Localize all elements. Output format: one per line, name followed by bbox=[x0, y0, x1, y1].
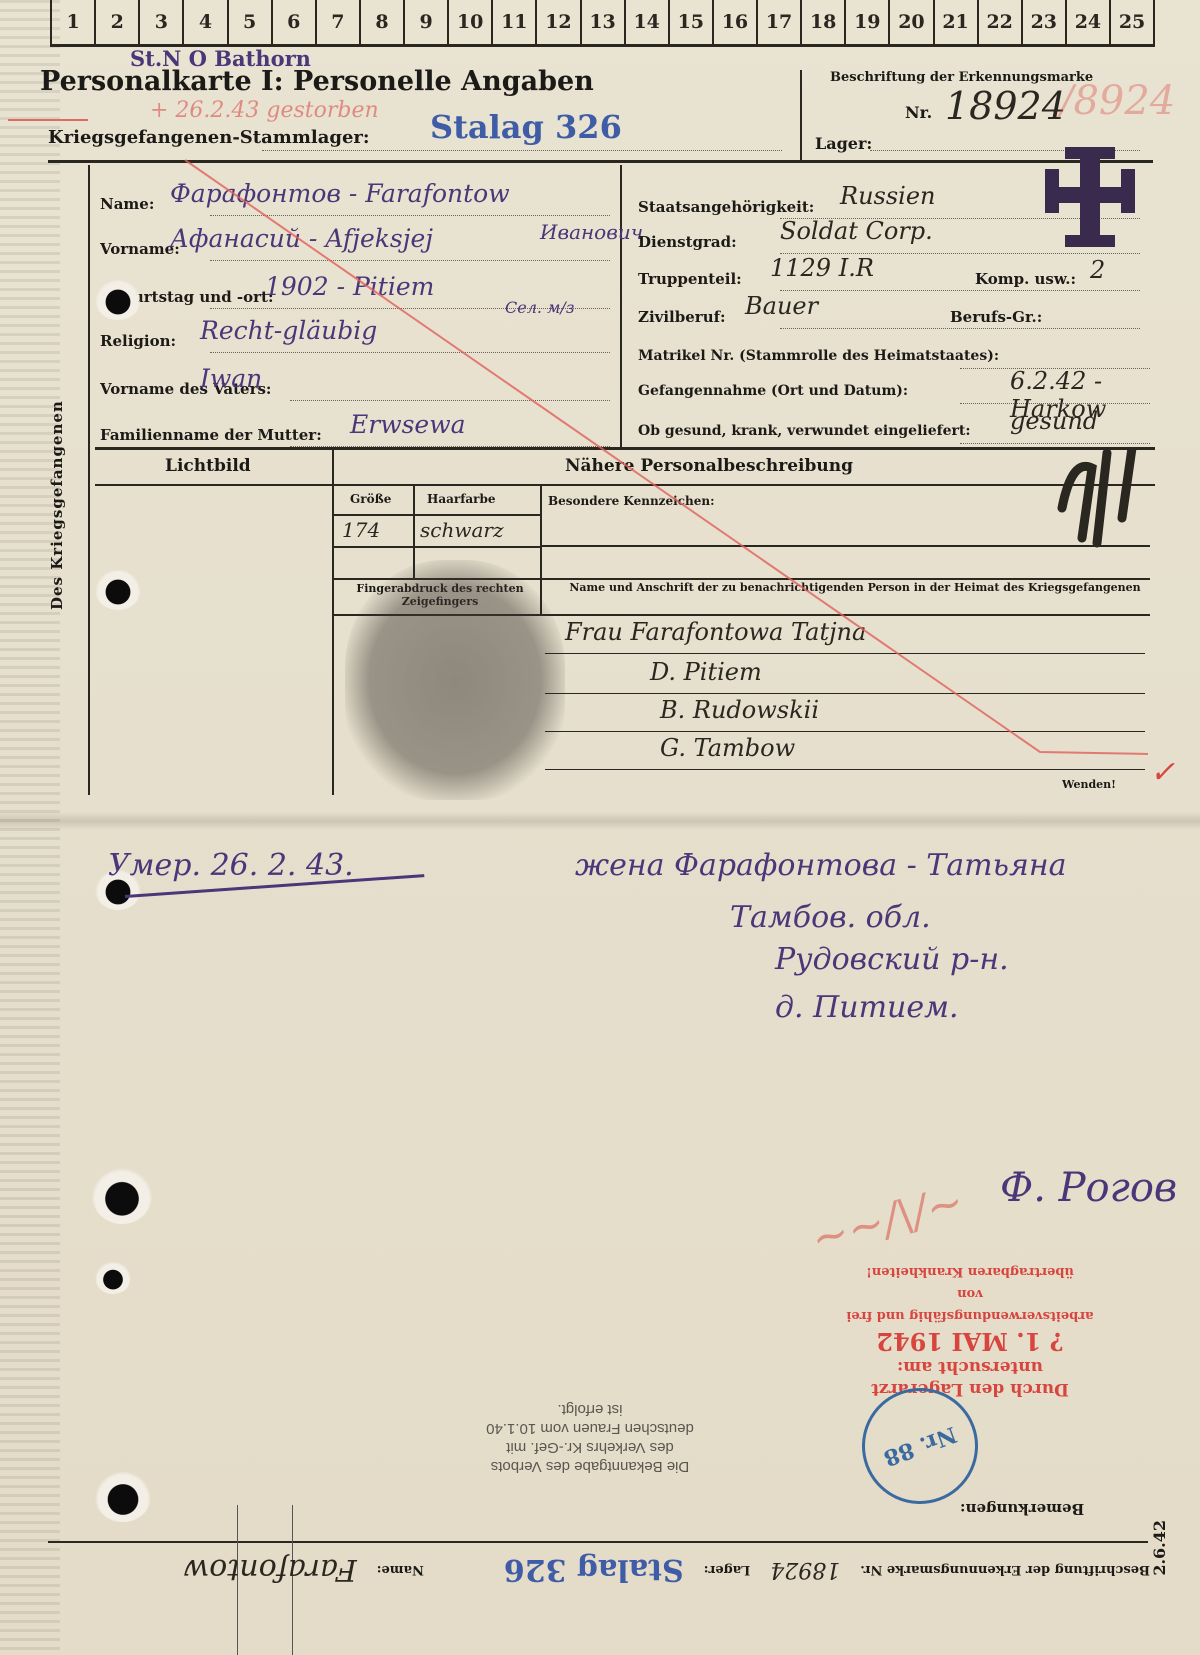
address-line: Тамбов. обл. bbox=[730, 900, 931, 935]
bottom-name-value: Farafontow bbox=[184, 1553, 357, 1588]
bottom-lager-label: Lager: bbox=[704, 1563, 751, 1578]
red-cancel-line bbox=[0, 0, 1200, 820]
red-doctor-stamp: Durch den Lagerarztuntersucht am:? 1. MA… bbox=[835, 1260, 1105, 1400]
death-note: Умер. 26. 2. 43. bbox=[108, 848, 354, 883]
red-stamp-line: ? 1. MAI 1942 bbox=[835, 1326, 1105, 1356]
notice-line: ist erfolgt. bbox=[440, 1400, 740, 1419]
blue-stamp-text: Nr. 88 bbox=[880, 1421, 960, 1471]
red-stamp-line: übertragbaren Krankheiten! bbox=[835, 1260, 1105, 1282]
bottom-name-label: Name: bbox=[377, 1563, 424, 1578]
punch-hole bbox=[95, 1262, 131, 1294]
address-line: Рудовский р-н. bbox=[775, 942, 1009, 977]
red-stamp-line: Durch den Lagerarzt bbox=[835, 1378, 1105, 1400]
bottom-lager-value: Stalag 326 bbox=[504, 1553, 684, 1588]
red-stamp-line: arbeitsverwendungsfähig und frei von bbox=[835, 1282, 1105, 1326]
bottom-tag-line: Beschriftung der Erkennungsmarke Nr. 189… bbox=[50, 1548, 1150, 1592]
notice-line: deutschen Frauen vom 10.1.40 bbox=[440, 1419, 740, 1438]
bottom-rule bbox=[48, 1541, 1148, 1543]
bottom-date-note: 2.6.42 bbox=[1150, 1520, 1169, 1576]
punch-hole bbox=[95, 280, 141, 320]
notice-line: des Verkehrs Kr.-Gef. mit bbox=[440, 1438, 740, 1457]
paper-fold bbox=[0, 812, 1200, 830]
red-stamp-line: untersucht am: bbox=[835, 1356, 1105, 1378]
address-line: д. Питием. bbox=[775, 990, 959, 1025]
signature: Ф. Рогов bbox=[1000, 1165, 1177, 1211]
notice-line: Die Bekanntgabe des Verbots bbox=[440, 1457, 740, 1476]
punch-hole bbox=[95, 570, 141, 610]
printed-notice: Die Bekanntgabe des Verbotsdes Verkehrs … bbox=[440, 1400, 740, 1476]
bottom-tag-value: 18924 bbox=[770, 1558, 840, 1583]
punch-hole bbox=[92, 1168, 152, 1224]
bemerkungen-label: Bemerkungen: bbox=[960, 1500, 1084, 1518]
punch-hole bbox=[95, 1472, 151, 1522]
bottom-tag-label: Beschriftung der Erkennungsmarke Nr. bbox=[860, 1563, 1150, 1578]
address-line: жена Фарафонтова - Татьяна bbox=[575, 848, 1066, 883]
